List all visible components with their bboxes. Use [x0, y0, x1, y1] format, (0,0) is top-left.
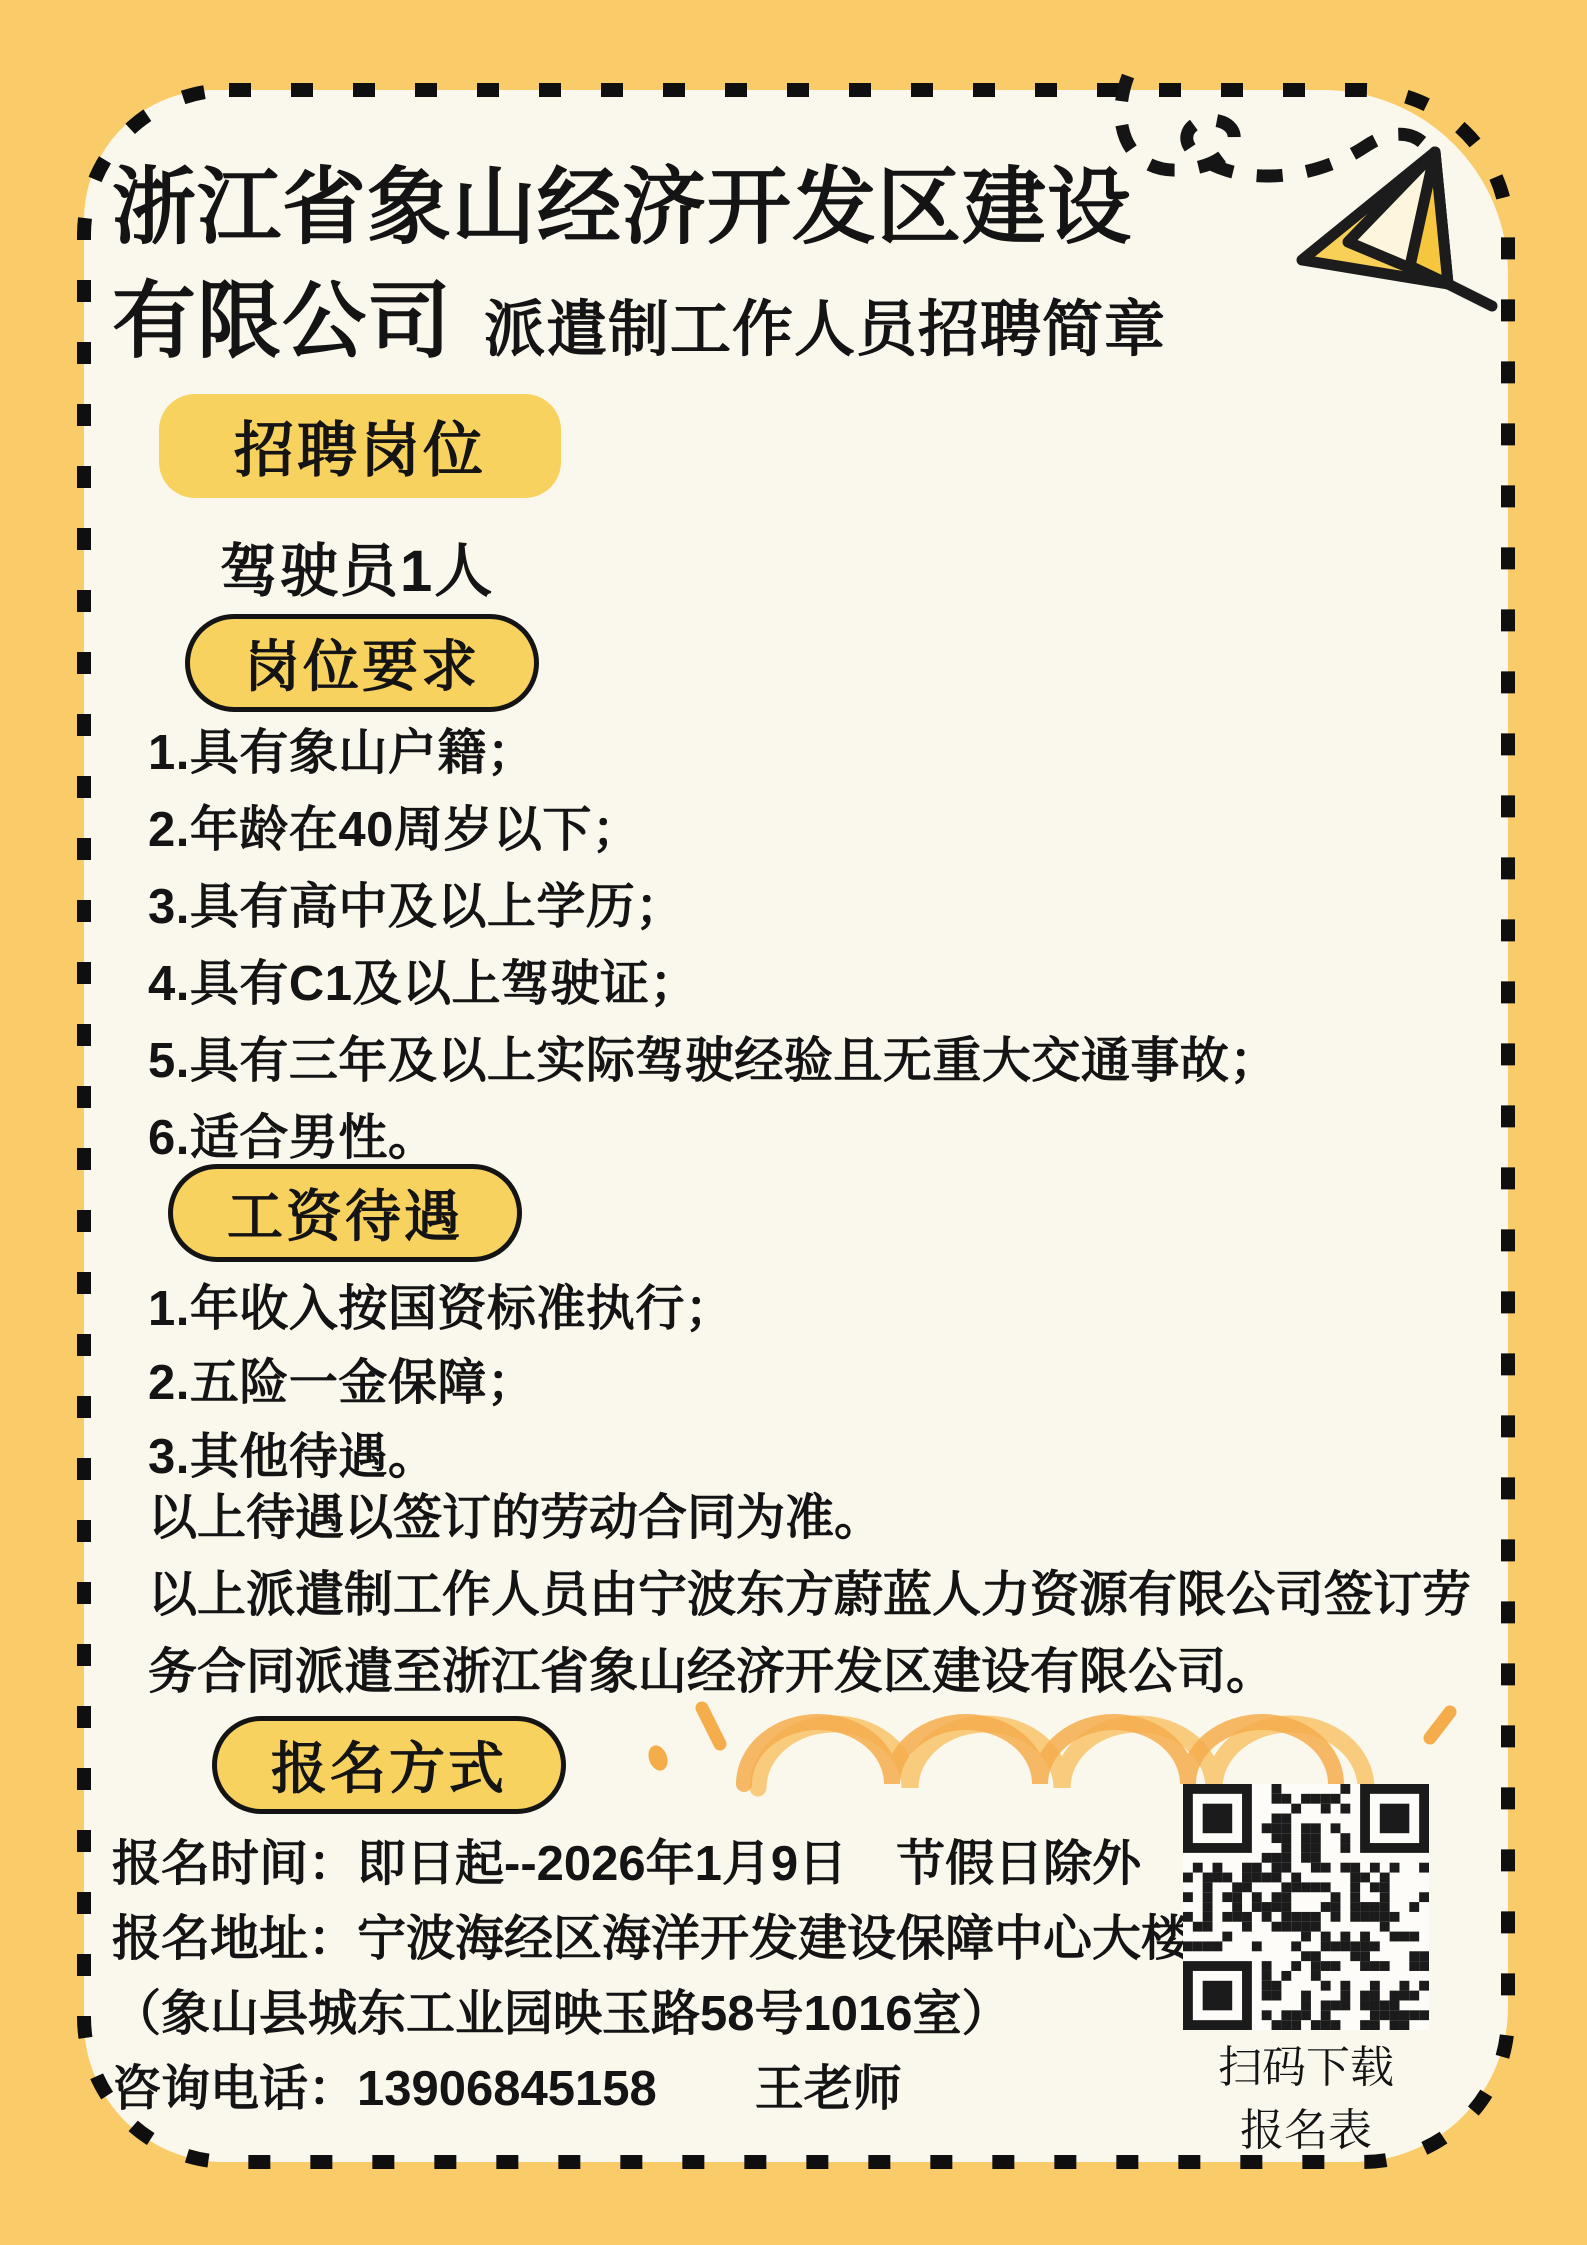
requirement-item: 3.具有高中及以上学历； — [148, 864, 1279, 941]
poster-subtitle: 派遣制工作人员招聘简章 — [484, 295, 1166, 363]
dashed-trail-icon — [1121, 76, 1422, 176]
salary-item: 1.年收入按国资标准执行； — [148, 1268, 734, 1342]
qr-code — [1183, 1784, 1429, 2030]
apply-address: 报名地址：宁波海经区海洋开发建设保障中心大楼 — [112, 1897, 1192, 1972]
qr-caption-line1: 扫码下载 — [1180, 2036, 1432, 2099]
salary-notes: 以上待遇以签订的劳动合同为准。 以上派遣制工作人员由宁波东方蔚蓝人力资源有限公司… — [148, 1480, 1516, 1711]
qr-block: 扫码下载 报名表 — [1180, 1784, 1432, 2162]
section-pill-apply: 报名方式 — [212, 1716, 566, 1814]
company-name-line2: 有限公司 — [112, 274, 452, 368]
requirement-item: 5.具有三年及以上实际驾驶经验且无重大交通事故； — [148, 1018, 1279, 1095]
apply-time: 报名时间：即日起--2026年1月9日 节假日除外 — [112, 1822, 1192, 1897]
salary-list: 1.年收入按国资标准执行； 2.五险一金保障； 3.其他待遇。 — [148, 1268, 734, 1490]
salary-item: 3.其他待遇。 — [148, 1416, 734, 1490]
section-pill-requirements: 岗位要求 — [185, 614, 539, 712]
salary-note: 以上待遇以签订的劳动合同为准。 — [148, 1480, 1516, 1557]
requirement-item: 2.年龄在40周岁以下； — [148, 787, 1279, 864]
qr-caption: 扫码下载 报名表 — [1180, 2036, 1432, 2162]
qr-caption-line2: 报名表 — [1180, 2099, 1432, 2162]
position-opening: 驾驶员1人 — [220, 524, 494, 608]
requirement-item: 1.具有象山户籍； — [148, 710, 1279, 787]
requirement-item: 4.具有C1及以上驾驶证； — [148, 941, 1279, 1018]
title-line2: 有限公司派遣制工作人员招聘简章 — [112, 254, 1166, 375]
section-pill-salary: 工资待遇 — [168, 1164, 522, 1262]
apply-address-detail: （象山县城东工业园映玉路58号1016室） — [112, 1972, 1192, 2047]
requirements-list: 1.具有象山户籍； 2.年龄在40周岁以下； 3.具有高中及以上学历； 4.具有… — [148, 710, 1279, 1172]
salary-item: 2.五险一金保障； — [148, 1342, 734, 1416]
company-name-line1: 浙江省象山经济开发区建设 — [112, 140, 1132, 261]
apply-phone: 咨询电话：13906845158 王老师 — [112, 2047, 1192, 2122]
recruitment-poster: { "colors": { "outer_background": "#F9CC… — [0, 0, 1587, 2245]
requirement-item: 6.适合男性。 — [148, 1095, 1279, 1172]
section-badge-positions: 招聘岗位 — [159, 394, 561, 498]
apply-info: 报名时间：即日起--2026年1月9日 节假日除外 报名地址：宁波海经区海洋开发… — [112, 1822, 1192, 2122]
